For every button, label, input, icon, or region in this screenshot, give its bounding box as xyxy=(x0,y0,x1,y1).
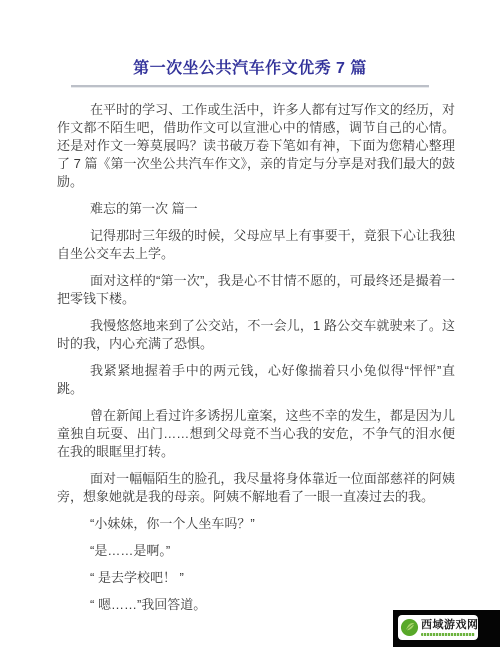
paragraph: 面对这样的“第一次”，我是心不甘情不愿的，可最终还是撮着一把零钱下楼。 xyxy=(57,272,455,308)
leaf-orb-icon xyxy=(400,618,419,637)
article-page: 第一次坐公共汽车作文优秀 7 篇 在平时的学习、工作或生活中，许多人都有过写作文… xyxy=(0,0,500,647)
paragraph: 记得那时三年级的时候，父母应早上有事要干，竟狠下心让我独自坐公交车去上学。 xyxy=(57,227,455,263)
watermark-subtext-bar xyxy=(421,633,475,636)
paragraph: 我紧紧地握着手中的两元钱，心好像揣着只小兔似得“怦怦”直跳。 xyxy=(57,362,455,398)
watermark-text-block: 西域游戏网 xyxy=(421,619,479,636)
paragraph: 面对一幅幅陌生的脸孔，我尽量将身体靠近一位面部慈祥的阿姨旁，想象她就是我的母亲。… xyxy=(57,470,455,506)
watermark-site-name: 西域游戏网 xyxy=(421,619,479,631)
section-heading: 难忘的第一次 篇一 xyxy=(57,200,455,218)
site-watermark: 西域游戏网 xyxy=(398,615,478,640)
page-title: 第一次坐公共汽车作文优秀 7 篇 xyxy=(0,58,500,80)
paragraph: 我慢悠悠地来到了公交站，不一会儿，1 路公交车就驶来了。这时的我，内心充满了恐惧… xyxy=(57,317,455,353)
intro-paragraph: 在平时的学习、工作或生活中，许多人都有过写作文的经历，对作文都不陌生吧，借助作文… xyxy=(57,101,455,191)
article-body: 在平时的学习、工作或生活中，许多人都有过写作文的经历，对作文都不陌生吧，借助作文… xyxy=(0,88,500,614)
paragraph: 曾在新闻上看过许多诱拐儿童案，这些不幸的发生，都是因为儿童独自玩耍、出门……想到… xyxy=(57,407,455,461)
dialogue-line: “是……是啊。” xyxy=(57,542,455,560)
dialogue-line: “ 是去学校吧！ ” xyxy=(57,569,455,587)
dialogue-line: “小妹妹，你一个人坐车吗？” xyxy=(57,515,455,533)
